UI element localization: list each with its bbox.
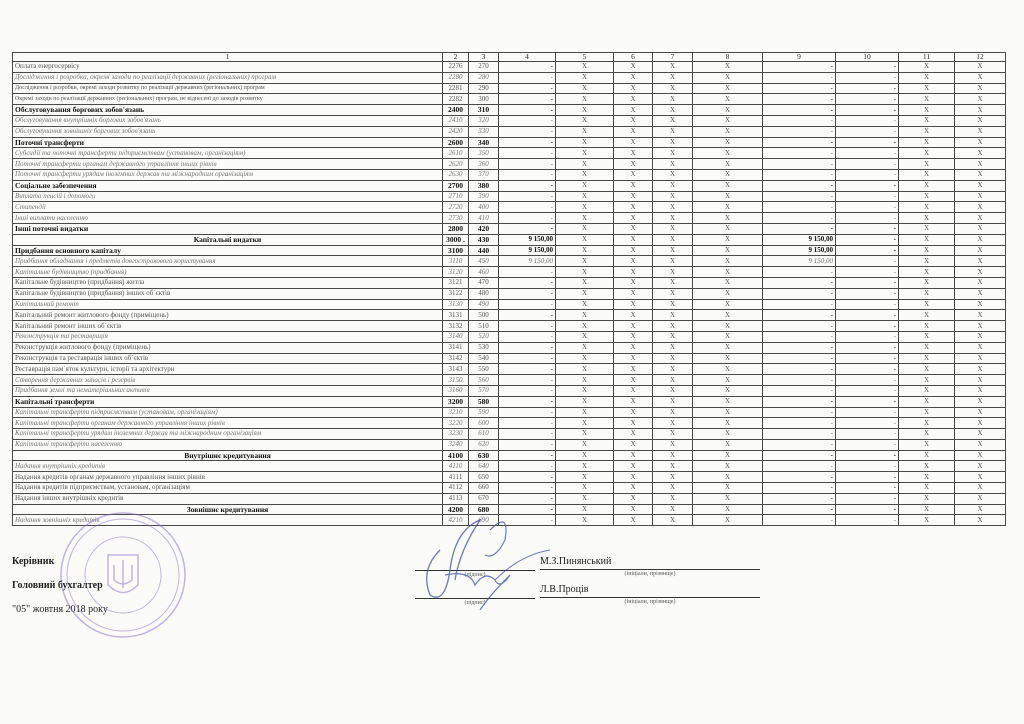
col11-mark: X bbox=[899, 493, 955, 504]
row-name: Надання кредитів органам державного упра… bbox=[13, 472, 443, 483]
col12-mark: X bbox=[955, 126, 1006, 137]
col11-mark: X bbox=[899, 191, 955, 202]
table-row: Надання кредитів органам державного упра… bbox=[13, 472, 1006, 483]
table-row: Соціальне забезпечення2700380-XXXX--XX bbox=[13, 180, 1006, 191]
row-kekv-code: 3230 bbox=[443, 429, 469, 440]
col7-mark: X bbox=[653, 342, 693, 353]
col6-mark: X bbox=[614, 148, 653, 159]
column-header-11: 11 bbox=[899, 53, 955, 62]
col6-mark: X bbox=[614, 483, 653, 494]
col9-value: - bbox=[763, 396, 836, 407]
table-row: Капітальний ремонт житлового фонду (прим… bbox=[13, 310, 1006, 321]
row-kekv-code: 2600 bbox=[443, 137, 469, 148]
col6-mark: X bbox=[614, 353, 653, 364]
row-kekv-code: 3100 bbox=[443, 245, 469, 256]
col8-mark: X bbox=[693, 148, 763, 159]
col11-mark: X bbox=[899, 504, 955, 515]
row-line-code: 380 bbox=[469, 180, 499, 191]
col10-value: - bbox=[836, 234, 899, 245]
table-row: Капітальні трансферти органам державного… bbox=[13, 418, 1006, 429]
col8-mark: X bbox=[693, 321, 763, 332]
row-kekv-code: 3150 bbox=[443, 375, 469, 386]
col8-mark: X bbox=[693, 62, 763, 73]
col5-mark: X bbox=[556, 407, 614, 418]
col6-mark: X bbox=[614, 126, 653, 137]
col4-value: - bbox=[499, 277, 556, 288]
row-line-code: 630 bbox=[469, 450, 499, 461]
col6-mark: X bbox=[614, 396, 653, 407]
row-name: Створення державних запасів і резервів bbox=[13, 375, 443, 386]
col11-mark: X bbox=[899, 439, 955, 450]
col12-mark: X bbox=[955, 375, 1006, 386]
row-name: Капітальні трансферти урядам іноземних д… bbox=[13, 429, 443, 440]
row-line-code: 470 bbox=[469, 277, 499, 288]
col10-value: - bbox=[836, 202, 899, 213]
col8-mark: X bbox=[693, 429, 763, 440]
col4-value: - bbox=[499, 364, 556, 375]
col9-value: - bbox=[763, 342, 836, 353]
col4-value: - bbox=[499, 461, 556, 472]
row-line-code: 400 bbox=[469, 202, 499, 213]
col4-value: - bbox=[499, 148, 556, 159]
table-row: Інші виплати населенню2730410-XXXX--XX bbox=[13, 213, 1006, 224]
col12-mark: X bbox=[955, 83, 1006, 94]
col8-mark: X bbox=[693, 223, 763, 234]
col4-value: - bbox=[499, 310, 556, 321]
col6-mark: X bbox=[614, 310, 653, 321]
row-kekv-code: 4110 bbox=[443, 461, 469, 472]
col10-value: - bbox=[836, 245, 899, 256]
col8-mark: X bbox=[693, 331, 763, 342]
row-name: Капітальний ремонт інших об`єктів bbox=[13, 321, 443, 332]
col10-value: - bbox=[836, 83, 899, 94]
row-name: Оплата енергосервісу bbox=[13, 62, 443, 73]
col10-value: - bbox=[836, 515, 899, 526]
col7-mark: X bbox=[653, 115, 693, 126]
col9-value: 9 150,00 bbox=[763, 245, 836, 256]
col6-mark: X bbox=[614, 288, 653, 299]
col10-value: - bbox=[836, 310, 899, 321]
col4-value: 9 150,00 bbox=[499, 245, 556, 256]
col7-mark: X bbox=[653, 331, 693, 342]
table-row: Капітальні трансферти урядам іноземних д… bbox=[13, 429, 1006, 440]
row-line-code: 590 bbox=[469, 407, 499, 418]
col5-mark: X bbox=[556, 256, 614, 267]
column-header-8: 8 bbox=[693, 53, 763, 62]
table-row: Поточні трансферти урядам іноземних держ… bbox=[13, 169, 1006, 180]
col12-mark: X bbox=[955, 148, 1006, 159]
col9-value: - bbox=[763, 418, 836, 429]
table-row: Обслуговування зовнішніх боргових зобов'… bbox=[13, 126, 1006, 137]
col10-value: - bbox=[836, 299, 899, 310]
col8-mark: X bbox=[693, 493, 763, 504]
col11-mark: X bbox=[899, 94, 955, 105]
col9-value: - bbox=[763, 277, 836, 288]
col7-mark: X bbox=[653, 94, 693, 105]
row-line-code: 560 bbox=[469, 375, 499, 386]
col4-value: - bbox=[499, 450, 556, 461]
row-kekv-code: 2720 bbox=[443, 202, 469, 213]
col5-mark: X bbox=[556, 213, 614, 224]
col6-mark: X bbox=[614, 191, 653, 202]
col4-value: - bbox=[499, 115, 556, 126]
col7-mark: X bbox=[653, 234, 693, 245]
col10-value: - bbox=[836, 180, 899, 191]
col7-mark: X bbox=[653, 213, 693, 224]
col11-mark: X bbox=[899, 72, 955, 83]
col6-mark: X bbox=[614, 159, 653, 170]
col10-value: - bbox=[836, 439, 899, 450]
row-kekv-code: 3110 bbox=[443, 256, 469, 267]
table-row: Придбання основного капіталу31004409 150… bbox=[13, 245, 1006, 256]
col5-mark: X bbox=[556, 310, 614, 321]
row-line-code: 480 bbox=[469, 288, 499, 299]
col9-value: - bbox=[763, 375, 836, 386]
row-line-code: 650 bbox=[469, 472, 499, 483]
row-kekv-code: 3210 bbox=[443, 407, 469, 418]
col10-value: - bbox=[836, 342, 899, 353]
col8-mark: X bbox=[693, 137, 763, 148]
col11-mark: X bbox=[899, 353, 955, 364]
row-name: Поточні трансферти урядам іноземних держ… bbox=[13, 169, 443, 180]
col12-mark: X bbox=[955, 277, 1006, 288]
row-kekv-code: 3130 bbox=[443, 299, 469, 310]
col4-value: - bbox=[499, 407, 556, 418]
col6-mark: X bbox=[614, 277, 653, 288]
col11-mark: X bbox=[899, 62, 955, 73]
col10-value: - bbox=[836, 472, 899, 483]
row-line-code: 500 bbox=[469, 310, 499, 321]
row-line-code: 360 bbox=[469, 159, 499, 170]
col10-value: - bbox=[836, 213, 899, 224]
row-line-code: 320 bbox=[469, 115, 499, 126]
row-kekv-code: 3122 bbox=[443, 288, 469, 299]
row-kekv-code: 3220 bbox=[443, 418, 469, 429]
col5-mark: X bbox=[556, 299, 614, 310]
col7-mark: X bbox=[653, 461, 693, 472]
col9-value: - bbox=[763, 439, 836, 450]
col8-mark: X bbox=[693, 159, 763, 170]
col7-mark: X bbox=[653, 62, 693, 73]
col5-mark: X bbox=[556, 267, 614, 278]
col8-mark: X bbox=[693, 375, 763, 386]
table-row: Поточні трансферти2600340-XXXX--XX bbox=[13, 137, 1006, 148]
col10-value: - bbox=[836, 450, 899, 461]
col4-value: - bbox=[499, 299, 556, 310]
col11-mark: X bbox=[899, 159, 955, 170]
row-line-code: 340 bbox=[469, 137, 499, 148]
col6-mark: X bbox=[614, 364, 653, 375]
col11-mark: X bbox=[899, 331, 955, 342]
col10-value: - bbox=[836, 364, 899, 375]
table-row: Капітальне будівництво (придбання) житла… bbox=[13, 277, 1006, 288]
official-stamp-icon bbox=[58, 510, 188, 640]
col11-mark: X bbox=[899, 202, 955, 213]
col6-mark: X bbox=[614, 202, 653, 213]
col7-mark: X bbox=[653, 396, 693, 407]
col11-mark: X bbox=[899, 483, 955, 494]
table-row: Реконструкція житлового фонду (приміщень… bbox=[13, 342, 1006, 353]
row-kekv-code: 2281 bbox=[443, 83, 469, 94]
col5-mark: X bbox=[556, 245, 614, 256]
col10-value: - bbox=[836, 461, 899, 472]
table-row: Реконструкція та реставрація інших об`єк… bbox=[13, 353, 1006, 364]
row-kekv-code: 2276 bbox=[443, 62, 469, 73]
col9-value: - bbox=[763, 148, 836, 159]
col11-mark: X bbox=[899, 105, 955, 116]
col12-mark: X bbox=[955, 180, 1006, 191]
col5-mark: X bbox=[556, 94, 614, 105]
row-line-code: 420 bbox=[469, 223, 499, 234]
row-line-code: 440 bbox=[469, 245, 499, 256]
table-row: Обслуговування внутрішніх боргових зобов… bbox=[13, 115, 1006, 126]
table-row: Капітальні трансферти підприємствам (уст… bbox=[13, 407, 1006, 418]
col11-mark: X bbox=[899, 288, 955, 299]
row-line-code: 450 bbox=[469, 256, 499, 267]
col7-mark: X bbox=[653, 169, 693, 180]
col7-mark: X bbox=[653, 472, 693, 483]
col7-mark: X bbox=[653, 450, 693, 461]
row-name: Реставрація пам`яток культури, історії т… bbox=[13, 364, 443, 375]
row-kekv-code: 3240 bbox=[443, 439, 469, 450]
row-name: Капітальний ремонт житлового фонду (прим… bbox=[13, 310, 443, 321]
col8-mark: X bbox=[693, 191, 763, 202]
col8-mark: X bbox=[693, 450, 763, 461]
col4-value: - bbox=[499, 429, 556, 440]
col8-mark: X bbox=[693, 256, 763, 267]
col5-mark: X bbox=[556, 472, 614, 483]
table-row: Інші поточні видатки2800420-XXXX--XX bbox=[13, 223, 1006, 234]
col9-value: - bbox=[763, 126, 836, 137]
row-name: Інші поточні видатки bbox=[13, 223, 443, 234]
col4-value: - bbox=[499, 159, 556, 170]
col10-value: - bbox=[836, 94, 899, 105]
col7-mark: X bbox=[653, 137, 693, 148]
row-name: Реконструкція житлового фонду (приміщень… bbox=[13, 342, 443, 353]
table-row: Капітальний ремонт інших об`єктів3132510… bbox=[13, 321, 1006, 332]
col12-mark: X bbox=[955, 213, 1006, 224]
col7-mark: X bbox=[653, 504, 693, 515]
col9-value: - bbox=[763, 169, 836, 180]
col10-value: - bbox=[836, 353, 899, 364]
row-kekv-code: 3131 bbox=[443, 310, 469, 321]
col5-mark: X bbox=[556, 159, 614, 170]
col8-mark: X bbox=[693, 213, 763, 224]
col4-value: - bbox=[499, 94, 556, 105]
table-row: Оплата енергосервісу2276270-XXXX--XX bbox=[13, 62, 1006, 73]
row-line-code: 280 bbox=[469, 72, 499, 83]
table-row: Капітальні трансферти3200580-XXXX--XX bbox=[13, 396, 1006, 407]
col4-value: - bbox=[499, 472, 556, 483]
row-name: Обслуговування внутрішніх боргових зобов… bbox=[13, 115, 443, 126]
col11-mark: X bbox=[899, 299, 955, 310]
col7-mark: X bbox=[653, 191, 693, 202]
col7-mark: X bbox=[653, 515, 693, 526]
row-name: Соціальне забезпечення bbox=[13, 180, 443, 191]
row-name: Капітальні видатки bbox=[13, 234, 443, 245]
col10-value: - bbox=[836, 407, 899, 418]
row-kekv-code: 2620 bbox=[443, 159, 469, 170]
col5-mark: X bbox=[556, 321, 614, 332]
accountant-name-line bbox=[540, 597, 760, 598]
col11-mark: X bbox=[899, 429, 955, 440]
col7-mark: X bbox=[653, 418, 693, 429]
col10-value: - bbox=[836, 159, 899, 170]
row-line-code: 410 bbox=[469, 213, 499, 224]
col6-mark: X bbox=[614, 418, 653, 429]
col9-value: - bbox=[763, 472, 836, 483]
col9-value: - bbox=[763, 493, 836, 504]
row-name: Поточні трансферти органам державного уп… bbox=[13, 159, 443, 170]
col8-mark: X bbox=[693, 396, 763, 407]
col7-mark: X bbox=[653, 148, 693, 159]
row-name: Капітальні трансферти bbox=[13, 396, 443, 407]
col6-mark: X bbox=[614, 83, 653, 94]
col5-mark: X bbox=[556, 191, 614, 202]
table-row: Придбання обладнання і предметів довгост… bbox=[13, 256, 1006, 267]
table-row: Надання кредитів підприємствам, установа… bbox=[13, 483, 1006, 494]
table-row: Капітальне будівництво (придбання)312046… bbox=[13, 267, 1006, 278]
col7-mark: X bbox=[653, 256, 693, 267]
col6-mark: X bbox=[614, 94, 653, 105]
col9-value: - bbox=[763, 159, 836, 170]
col7-mark: X bbox=[653, 180, 693, 191]
col4-value: - bbox=[499, 375, 556, 386]
table-body: Оплата енергосервісу2276270-XXXX--XXДосл… bbox=[13, 62, 1006, 526]
col11-mark: X bbox=[899, 407, 955, 418]
col8-mark: X bbox=[693, 83, 763, 94]
row-name: Надання внутрішніх кредитів bbox=[13, 461, 443, 472]
col12-mark: X bbox=[955, 267, 1006, 278]
col11-mark: X bbox=[899, 396, 955, 407]
column-header-3: 3 bbox=[469, 53, 499, 62]
col8-mark: X bbox=[693, 288, 763, 299]
report-sheet: 123456789101112 Оплата енергосервісу2276… bbox=[12, 52, 1005, 526]
col9-value: - bbox=[763, 223, 836, 234]
row-line-code: 520 bbox=[469, 331, 499, 342]
row-name: Дослідження і розробки, окремі заходи ро… bbox=[13, 83, 443, 94]
col7-mark: X bbox=[653, 245, 693, 256]
row-line-code: 610 bbox=[469, 429, 499, 440]
col11-mark: X bbox=[899, 342, 955, 353]
table-row: Стипендії2720400-XXXX--XX bbox=[13, 202, 1006, 213]
col4-value: - bbox=[499, 180, 556, 191]
col10-value: - bbox=[836, 396, 899, 407]
col8-mark: X bbox=[693, 94, 763, 105]
table-row: Субсидії та поточні трансферти підприємс… bbox=[13, 148, 1006, 159]
col7-mark: X bbox=[653, 277, 693, 288]
col11-mark: X bbox=[899, 256, 955, 267]
col9-value: - bbox=[763, 299, 836, 310]
col12-mark: X bbox=[955, 191, 1006, 202]
col11-mark: X bbox=[899, 450, 955, 461]
col10-value: - bbox=[836, 288, 899, 299]
column-header-10: 10 bbox=[836, 53, 899, 62]
row-line-code: 670 bbox=[469, 493, 499, 504]
row-line-code: 580 bbox=[469, 396, 499, 407]
head-label: Керівник bbox=[12, 556, 54, 567]
col4-value: - bbox=[499, 288, 556, 299]
row-name: Обслуговування зовнішніх боргових зобов'… bbox=[13, 126, 443, 137]
col7-mark: X bbox=[653, 493, 693, 504]
col5-mark: X bbox=[556, 504, 614, 515]
handwritten-signature-icon bbox=[400, 510, 560, 610]
col8-mark: X bbox=[693, 461, 763, 472]
row-kekv-code: 2420 bbox=[443, 126, 469, 137]
col4-value: - bbox=[499, 83, 556, 94]
row-name: Внутрішнє кредитування bbox=[13, 450, 443, 461]
row-line-code: 540 bbox=[469, 353, 499, 364]
column-header-12: 12 bbox=[955, 53, 1006, 62]
col12-mark: X bbox=[955, 493, 1006, 504]
row-line-code: 660 bbox=[469, 483, 499, 494]
col8-mark: X bbox=[693, 234, 763, 245]
col12-mark: X bbox=[955, 169, 1006, 180]
row-name: Капітальне будівництво (придбання) bbox=[13, 267, 443, 278]
row-name: Капітальний ремонт bbox=[13, 299, 443, 310]
col10-value: - bbox=[836, 148, 899, 159]
col9-value: - bbox=[763, 364, 836, 375]
column-header-6: 6 bbox=[614, 53, 653, 62]
table-row: Поточні трансферти органам державного уп… bbox=[13, 159, 1006, 170]
table-row: Внутрішнє кредитування4100630-XXXX--XX bbox=[13, 450, 1006, 461]
col12-mark: X bbox=[955, 461, 1006, 472]
row-kekv-code: 2700 bbox=[443, 180, 469, 191]
col12-mark: X bbox=[955, 450, 1006, 461]
row-name: Виплата пенсій і допомоги bbox=[13, 191, 443, 202]
row-line-code: 300 bbox=[469, 94, 499, 105]
col7-mark: X bbox=[653, 72, 693, 83]
col4-value: - bbox=[499, 62, 556, 73]
row-name: Обслуговування боргових зобов'язань bbox=[13, 105, 443, 116]
col11-mark: X bbox=[899, 223, 955, 234]
col11-mark: X bbox=[899, 126, 955, 137]
col11-mark: X bbox=[899, 472, 955, 483]
row-kekv-code: 3143 bbox=[443, 364, 469, 375]
row-kekv-code: 2710 bbox=[443, 191, 469, 202]
col11-mark: X bbox=[899, 115, 955, 126]
row-line-code: 640 bbox=[469, 461, 499, 472]
col5-mark: X bbox=[556, 148, 614, 159]
col11-mark: X bbox=[899, 375, 955, 386]
col12-mark: X bbox=[955, 159, 1006, 170]
col11-mark: X bbox=[899, 364, 955, 375]
col9-value: - bbox=[763, 353, 836, 364]
col10-value: - bbox=[836, 267, 899, 278]
col7-mark: X bbox=[653, 105, 693, 116]
col7-mark: X bbox=[653, 375, 693, 386]
col12-mark: X bbox=[955, 396, 1006, 407]
col12-mark: X bbox=[955, 504, 1006, 515]
col5-mark: X bbox=[556, 234, 614, 245]
col8-mark: X bbox=[693, 342, 763, 353]
col7-mark: X bbox=[653, 429, 693, 440]
col9-value: - bbox=[763, 213, 836, 224]
col9-value: 9 150,00 bbox=[763, 234, 836, 245]
col5-mark: X bbox=[556, 396, 614, 407]
col5-mark: X bbox=[556, 105, 614, 116]
row-name: Капітальні трансферти органам державного… bbox=[13, 418, 443, 429]
col9-value: - bbox=[763, 202, 836, 213]
col10-value: - bbox=[836, 223, 899, 234]
col12-mark: X bbox=[955, 299, 1006, 310]
col7-mark: X bbox=[653, 83, 693, 94]
col12-mark: X bbox=[955, 429, 1006, 440]
col10-value: - bbox=[836, 256, 899, 267]
col4-value: - bbox=[499, 191, 556, 202]
col10-value: - bbox=[836, 72, 899, 83]
table-row: Створення державних запасів і резервів31… bbox=[13, 375, 1006, 386]
